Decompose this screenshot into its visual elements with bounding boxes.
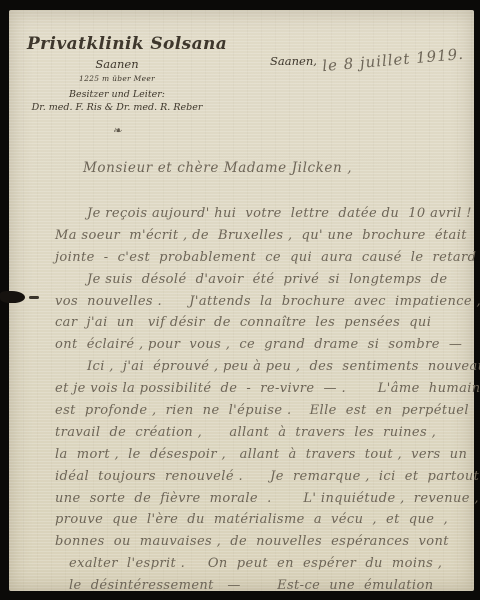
letter-line: Ici , j'ai éprouvé , peu à peu , des sen… [55, 356, 479, 378]
handwritten-date: le 8 juillet 1919. [321, 45, 464, 75]
flourish-ornament-icon: ❧ [27, 124, 207, 137]
letter-line: Je suis désolé d'avoir été privé si long… [55, 269, 479, 291]
letter-line: une sorte de fièvre morale . L' inquiétu… [55, 488, 479, 510]
letter-body: Je reçois aujourd' hui votre lettre daté… [55, 203, 479, 597]
letter-line: idéal toujours renouvelé . Je remarque ,… [55, 466, 479, 488]
letter-line: Je reçois aujourd' hui votre lettre daté… [55, 203, 479, 225]
letter-line: prouve que l'ère du matérialisme a vécu … [55, 509, 479, 531]
owners-label: Besitzer und Leiter: [27, 89, 207, 100]
letter-line: est profonde , rien ne l'épuise . Elle e… [55, 400, 479, 422]
clinic-name: Privatklinik Solsana [27, 34, 207, 54]
owners-names: Dr. med. F. Ris & Dr. med. R. Reber [27, 102, 207, 113]
salutation: Monsieur et chère Madame Jilcken , [83, 160, 352, 176]
letter-line: le désintéressement — Est-ce une émulati… [55, 575, 479, 597]
clinic-altitude: 1225 m über Meer [27, 74, 207, 83]
letter-paper: Privatklinik Solsana Saanen 1225 m über … [9, 10, 474, 591]
letter-line: travail de création , allant à travers l… [55, 422, 479, 444]
letter-line: la mort , le désespoir , allant à traver… [55, 444, 479, 466]
letter-line: exalter l'esprit . On peut en espérer du… [55, 553, 479, 575]
letter-line: jointe - c'est probablement ce qui aura … [55, 247, 479, 269]
letter-line: car j'ai un vif désir de connaître les p… [55, 312, 479, 334]
letter-line: et je vois la possibilité de - re-vivre … [55, 378, 479, 400]
letterhead: Privatklinik Solsana Saanen 1225 m über … [27, 34, 207, 137]
clinic-town: Saanen [27, 57, 207, 71]
ink-spot [29, 296, 39, 299]
letter-line: vos nouvelles . J'attends la brochure av… [55, 291, 479, 313]
dateline: Saanen,le 8 juillet 1919. [270, 50, 464, 69]
letter-line: ont éclairé , pour vous , ce grand drame… [55, 334, 479, 356]
paper-tear-mark [0, 291, 25, 303]
printed-place: Saanen, [270, 54, 317, 68]
letter-line: bonnes ou mauvaises , de nouvelles espér… [55, 531, 479, 553]
letter-line: Ma soeur m'écrit , de Bruxelles , qu' un… [55, 225, 479, 247]
